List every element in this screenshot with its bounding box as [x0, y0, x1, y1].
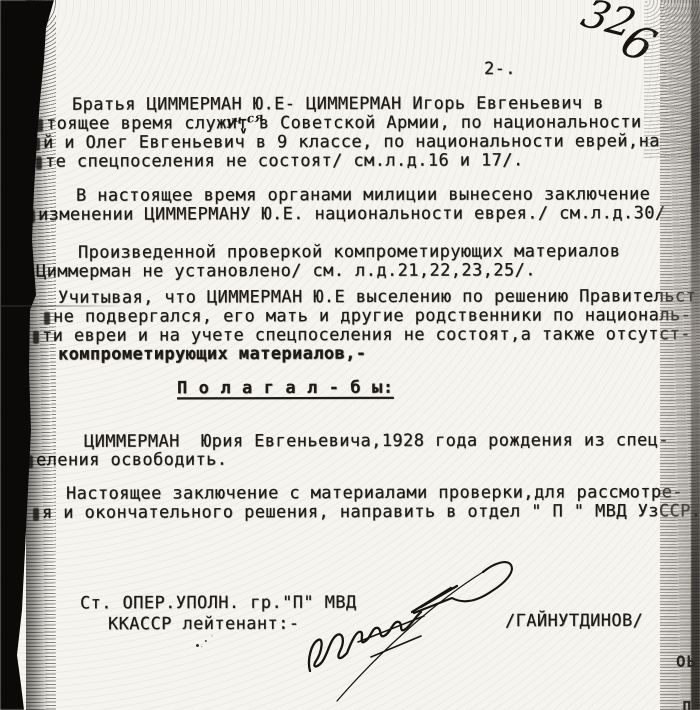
document-line: Циммерман не установлено/ см. л.д.21,22,…: [36, 261, 536, 281]
scanned-document-page: { "colors": { "ink": "#1d1a17", "paper":…: [0, 0, 700, 710]
scan-edge-right-dark: [691, 0, 700, 710]
resolution-heading: П о л а г а л - б ы:: [177, 379, 394, 399]
edge-text-fragment: п-: [682, 695, 700, 710]
document-line: й и Олег Евгеньевич в 9 классе, по нацио…: [43, 132, 660, 153]
document-line: еления освободить.: [36, 451, 227, 471]
document-line: изменении ЦИММЕРМАНУ Ю.Е. национальности…: [38, 204, 666, 225]
scan-edge-left-grain: [26, 0, 56, 710]
document-line: ти евреи и на учете спецпоселения не сос…: [42, 325, 691, 346]
edge-text-fragment: ОЬ: [676, 652, 697, 671]
signature-role-line: Ст. ОПЕР.УПОЛН. гр."П" МВД: [80, 594, 357, 614]
scan-edge-right: [660, 0, 700, 710]
signature-name: /ГАЙНУТДИНОВ/: [505, 612, 643, 631]
document-line: я и окончательного решения, направить в …: [42, 502, 700, 523]
document-line: ЦИММЕРМАН Юрия Евгеньевича,1928 года рож…: [84, 431, 669, 452]
document-line: компрометирующих материалов,-: [58, 345, 366, 365]
signature-role-line: ККАССР лейтенант:-: [108, 615, 299, 635]
ink-smudge: [196, 644, 199, 647]
insertion-caret-mark: ∨: [239, 125, 248, 135]
page-number: 2-.: [484, 60, 516, 79]
document-line: Произведенной проверкой компрометирующих…: [78, 242, 620, 262]
document-line: те спецпоселения не состоят/ см.л.д.16 и…: [45, 151, 524, 171]
